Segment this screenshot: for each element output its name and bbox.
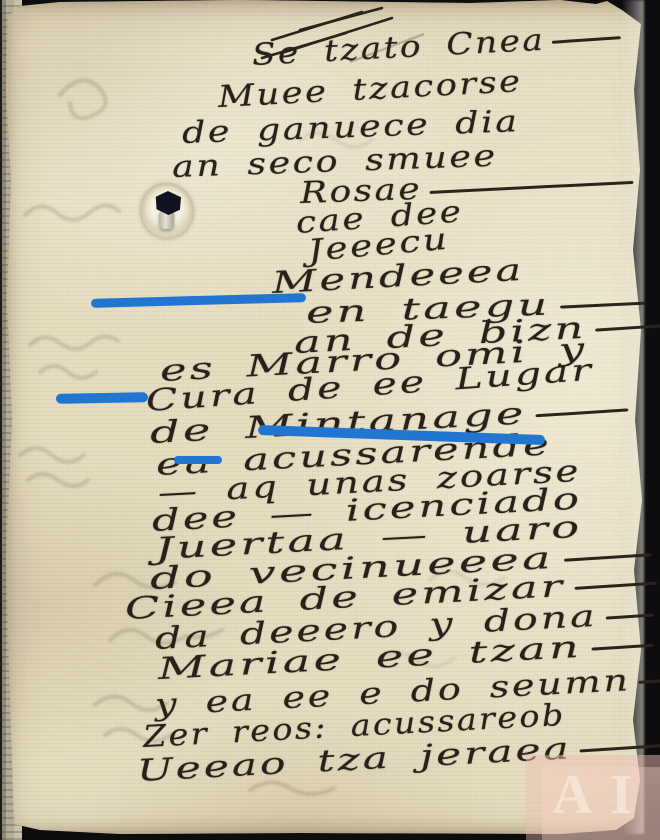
line-tail-stroke [580,743,660,753]
line-tail-stroke [563,553,651,562]
blue-annotation-mark [56,392,148,404]
archive-watermark: AI [526,755,660,840]
hole-punch [140,181,196,241]
blue-annotation-mark [174,456,222,464]
line-tail-stroke [429,181,633,194]
line-tail-stroke [552,36,621,44]
manuscript-scan: Se tzato CneaMuee tzacorsede ganuece dia… [0,0,660,840]
line-tail-stroke [606,614,654,620]
line-tail-stroke [574,582,657,590]
line-tail-stroke [638,678,660,684]
line-tail-stroke [591,644,653,651]
archive-watermark-letters: AI [552,763,650,827]
line-tail-stroke [595,324,660,331]
line-tail-stroke [536,408,629,417]
